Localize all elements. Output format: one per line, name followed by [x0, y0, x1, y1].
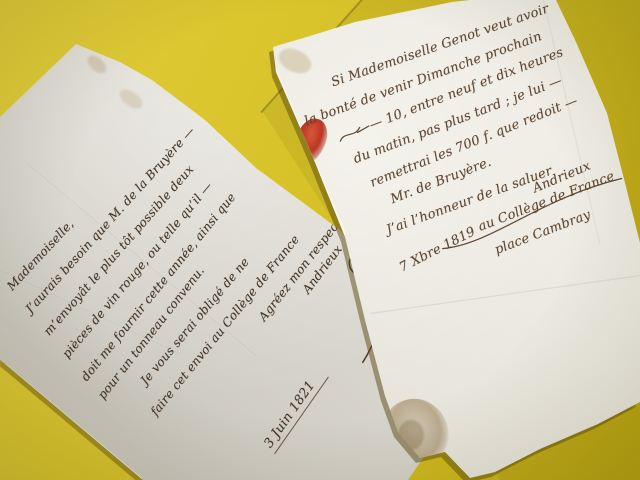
salutation-line: Mademoiselle, [4, 217, 76, 293]
foxing-spot [116, 86, 145, 112]
photo-of-two-letters: Mademoiselle, J’aurais besoin que M. de … [0, 0, 640, 480]
foxing-spot [84, 52, 109, 76]
date-text: 3 Juin 1821 [260, 367, 329, 454]
corner-stain [275, 44, 315, 78]
date-line: 3 Juin 1821 [260, 367, 326, 453]
paper-crease [370, 274, 640, 314]
ink-flourish [336, 121, 372, 144]
